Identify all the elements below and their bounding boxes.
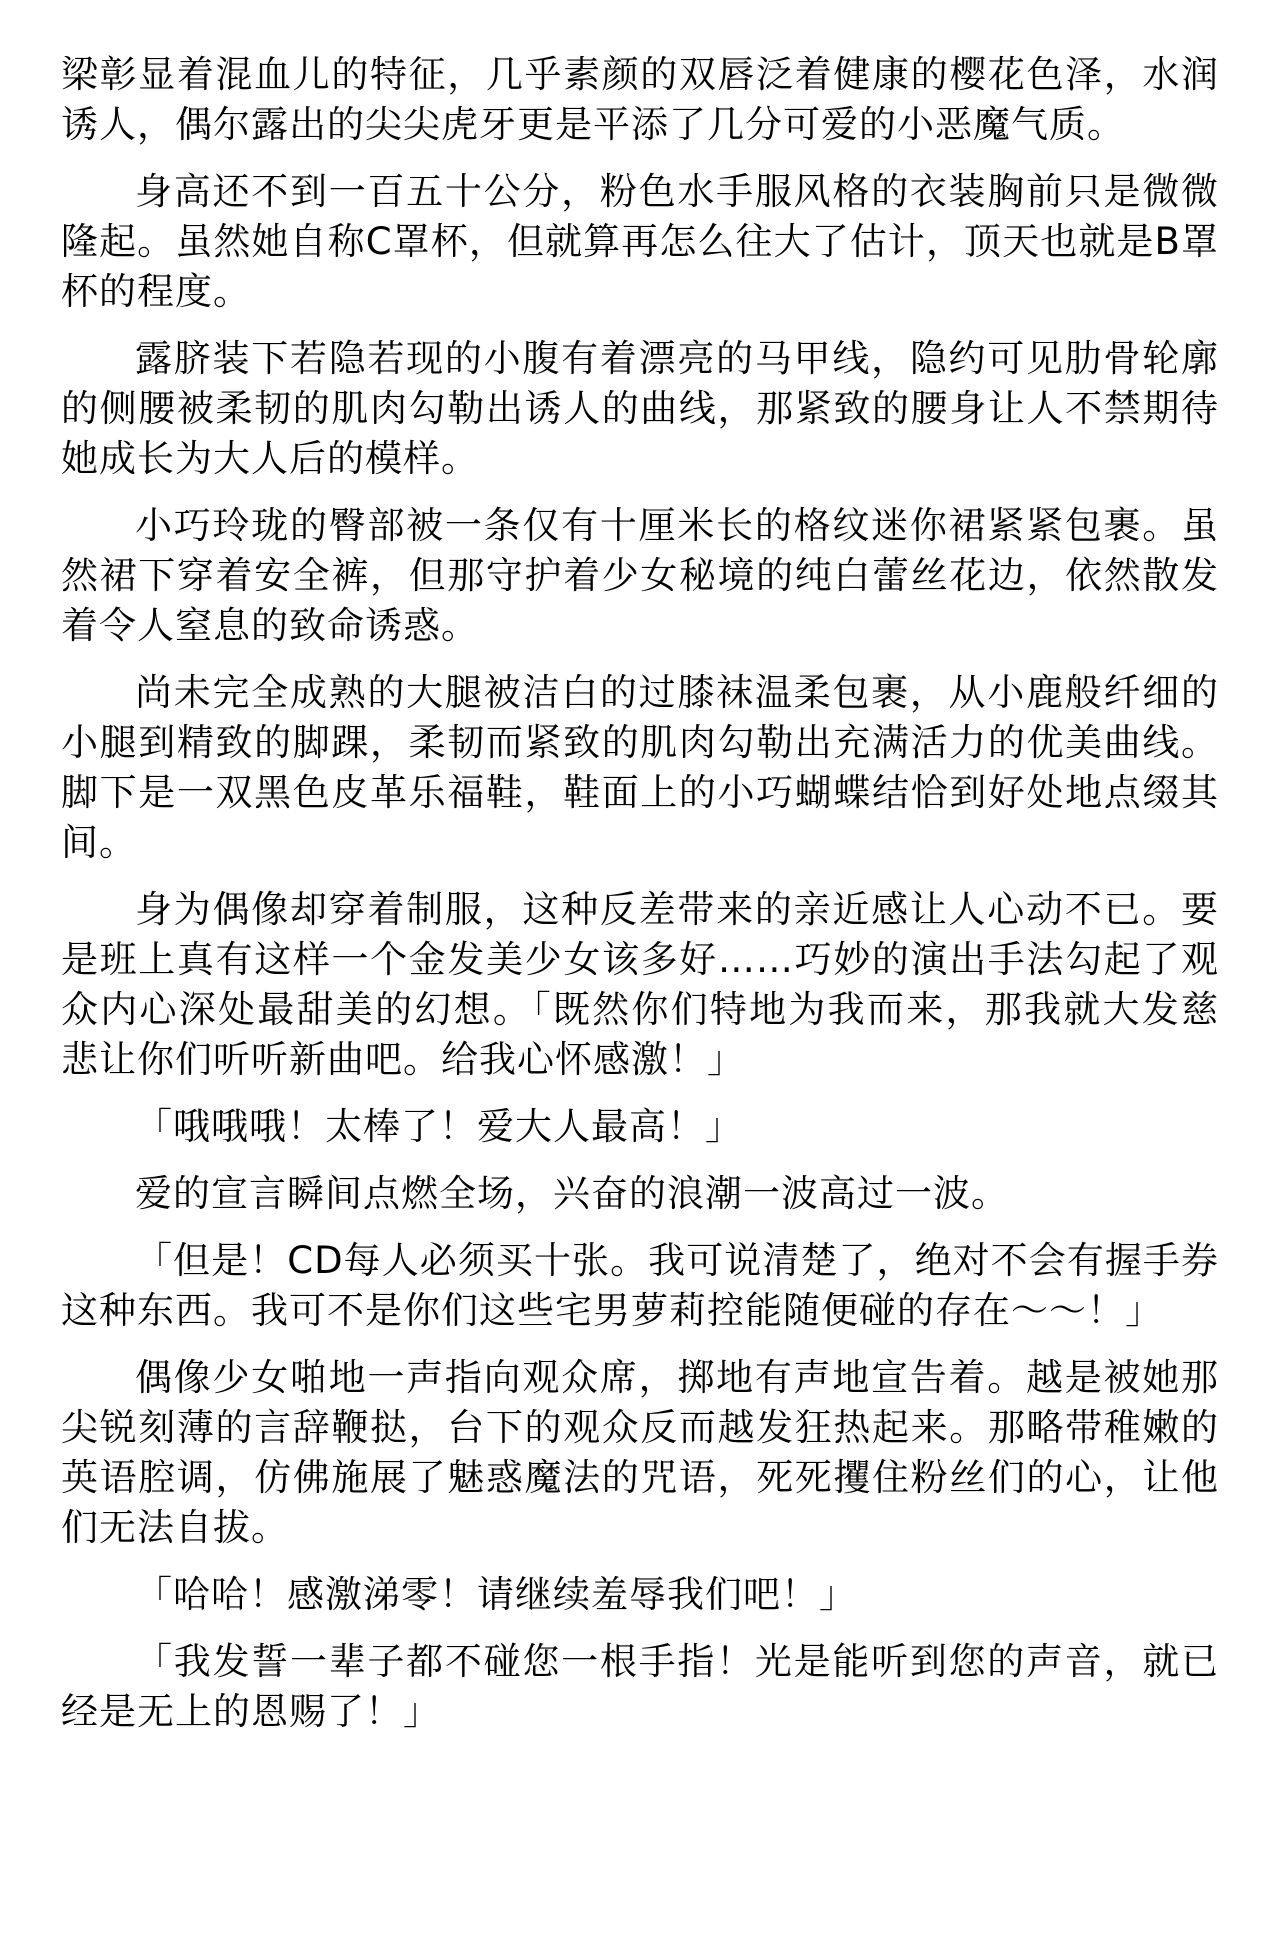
novel-page: 梁彰显着混血儿的特征，几乎素颜的双唇泛着健康的樱花色泽，水润诱人，偶尔露出的尖尖… [0, 0, 1280, 1935]
paragraph: 尚未完全成熟的大腿被洁白的过膝袜温柔包裹，从小鹿般纤细的小腿到精致的脚踝，柔韧而… [61, 668, 1219, 868]
paragraph: 身高还不到一百五十公分，粉色水手服风格的衣装胸前只是微微隆起。虽然她自称C罩杯，… [61, 167, 1219, 317]
paragraph: 身为偶像却穿着制服，这种反差带来的亲近感让人心动不已。要是班上真有这样一个金发美… [61, 885, 1219, 1085]
paragraph: 小巧玲珑的臀部被一条仅有十厘米长的格纹迷你裙紧紧包裹。虽然裙下穿着安全裤，但那守… [61, 501, 1219, 651]
paragraph: 梁彰显着混血儿的特征，几乎素颜的双唇泛着健康的樱花色泽，水润诱人，偶尔露出的尖尖… [61, 50, 1219, 150]
paragraph: 「我发誓一辈子都不碰您一根手指！光是能听到您的声音，就已经是无上的恩赐了！」 [61, 1637, 1219, 1737]
paragraph: 「但是！CD每人必须买十张。我可说清楚了，绝对不会有握手券这种东西。我可不是你们… [61, 1236, 1219, 1336]
paragraph: 「哈哈！感激涕零！请继续羞辱我们吧！」 [61, 1570, 1219, 1620]
paragraph: 爱的宣言瞬间点燃全场，兴奋的浪潮一波高过一波。 [61, 1169, 1219, 1219]
paragraph: 露脐装下若隐若现的小腹有着漂亮的马甲线，隐约可见肋骨轮廓的侧腰被柔韧的肌肉勾勒出… [61, 334, 1219, 484]
paragraph: 偶像少女啪地一声指向观众席，掷地有声地宣告着。越是被她那尖锐刻薄的言辞鞭挞，台下… [61, 1353, 1219, 1553]
paragraph: 「哦哦哦！太棒了！爱大人最高！」 [61, 1102, 1219, 1152]
page-body: 梁彰显着混血儿的特征，几乎素颜的双唇泛着健康的樱花色泽，水润诱人，偶尔露出的尖尖… [61, 50, 1219, 1737]
